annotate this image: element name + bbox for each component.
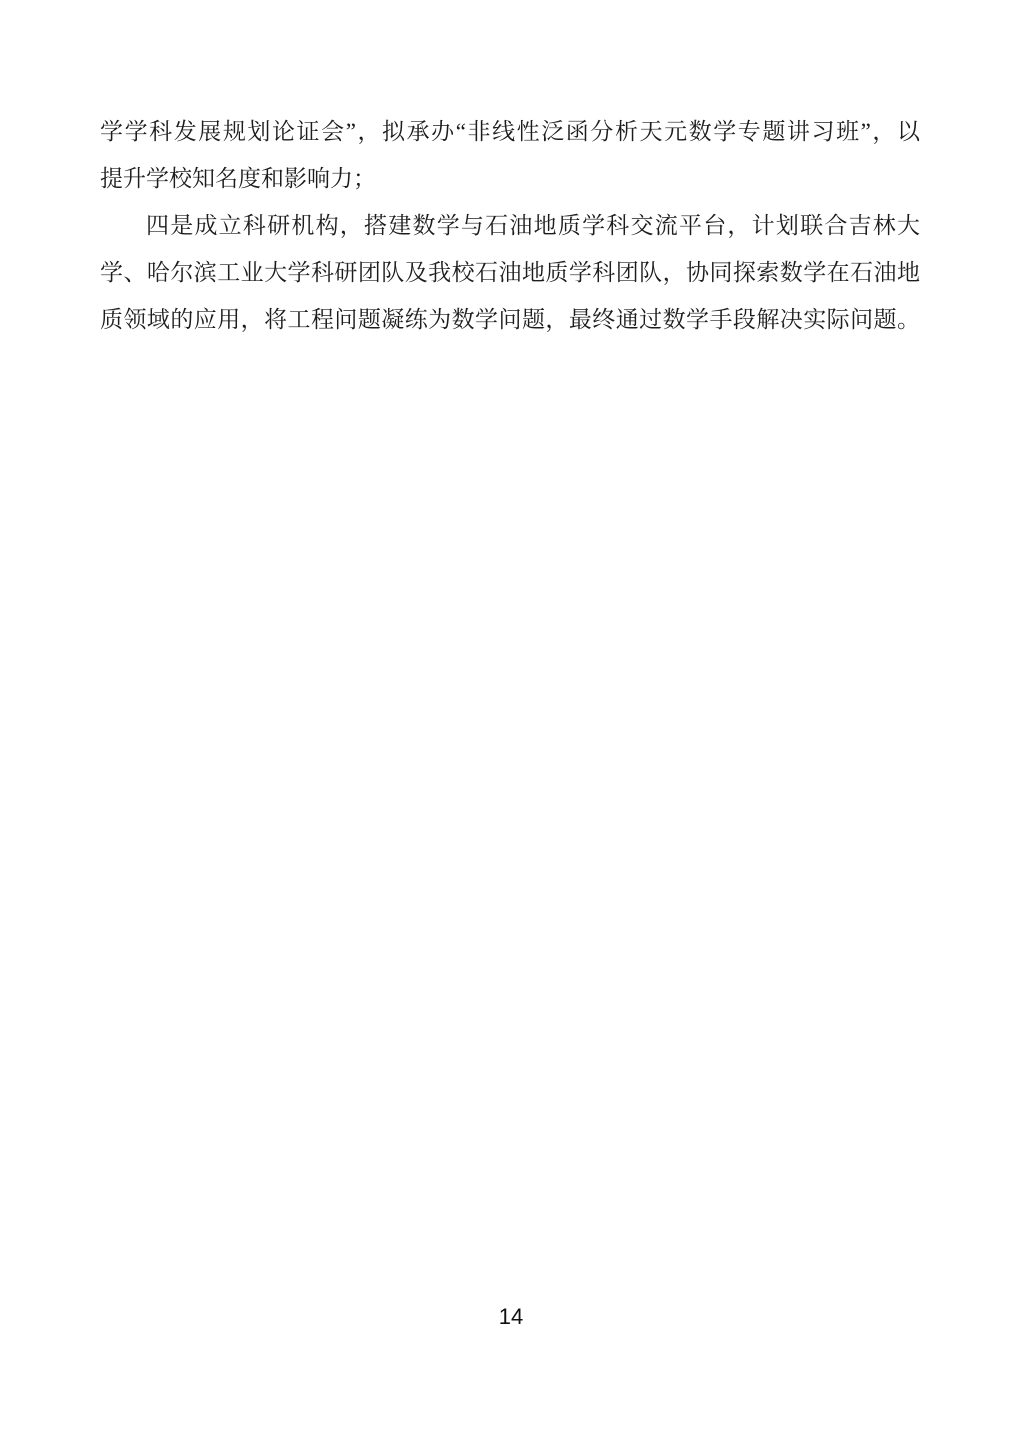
page-footer: 14 [0, 1304, 1022, 1330]
text-line: 提升学校知名度和影响力； [100, 155, 920, 202]
document-page: 学学科发展规划论证会”，拟承办“非线性泛函分析天元数学专题讲习班”，以 提升学校… [0, 0, 1022, 1433]
page-number: 14 [499, 1304, 523, 1330]
text-line: 学、哈尔滨工业大学科研团队及我校石油地质学科团队，协同探索数学在石油地 [100, 249, 920, 296]
document-body: 学学科发展规划论证会”，拟承办“非线性泛函分析天元数学专题讲习班”，以 提升学校… [100, 108, 920, 343]
paragraph-continuation: 学学科发展规划论证会”，拟承办“非线性泛函分析天元数学专题讲习班”，以 提升学校… [100, 108, 920, 202]
text-line: 质领域的应用，将工程问题凝练为数学问题，最终通过数学手段解决实际问题。 [100, 296, 920, 343]
text-line: 四是成立科研机构，搭建数学与石油地质学科交流平台，计划联合吉林大 [100, 202, 920, 249]
text-line: 学学科发展规划论证会”，拟承办“非线性泛函分析天元数学专题讲习班”，以 [100, 108, 920, 155]
paragraph-item-four: 四是成立科研机构，搭建数学与石油地质学科交流平台，计划联合吉林大 学、哈尔滨工业… [100, 202, 920, 343]
